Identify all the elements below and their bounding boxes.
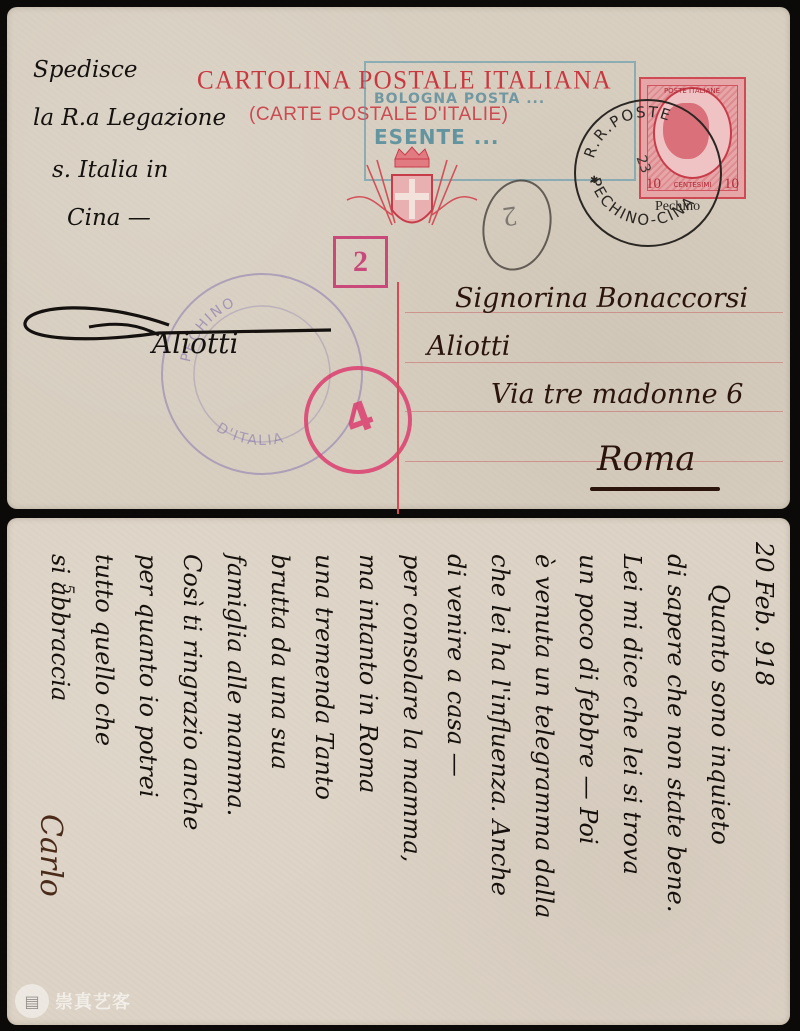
message-line: tutto quello che [90,554,118,746]
sender-line-4: Cina — [67,205,151,231]
postmark-bottom-text: PECHINO-CINA [586,175,699,229]
back-signature: Carlo [33,814,68,897]
sender-line-2: la R.a Legazione [33,105,226,131]
message-line: un poco di febbre — Poi [574,554,602,845]
svg-text:R.R.POSTE: R.R.POSTE [580,103,674,161]
address-line-3: Via tre madonne 6 [491,379,743,410]
postmark-date: 23 [633,153,654,175]
city-underline [590,487,720,491]
sender-line-3: s. Italia in [52,157,168,183]
oval-number-mark: 2 [474,173,560,277]
message-line: ma intanto in Roma [354,554,382,793]
message-line: 20 Feb. 918 [750,541,778,686]
message-line: Così ti ringrazio anche [178,554,206,830]
message-line: di sapere che non state bene. [662,554,690,913]
address-divider [397,282,399,514]
postcard-front: CARTOLINA POSTALE ITALIANA (CARTE POSTAL… [7,7,790,509]
svg-text:✱: ✱ [590,175,598,186]
watermark-text: 崇真艺客 [55,988,131,1014]
address-line-4: Roma [597,439,696,479]
sender-line-1: Spedisce [33,57,137,83]
message-handwriting: 20 Feb. 918Quanto sono inquietodi sapere… [21,524,781,1019]
doc-icon: ▤ [15,984,49,1018]
message-line: per quanto io potrei [134,554,162,798]
message-line: Lei mi dice che lei si trova [618,553,646,875]
postmark-icon: R.R.POSTE PECHINO-CINA 23 ✱ [570,95,725,250]
sender-signature: Aliotti [152,327,238,360]
message-line: famiglia alle mamma. [222,552,250,816]
message-line: Quanto sono inquieto [706,584,734,845]
svg-text:D'ITALIA: D'ITALIA [213,420,286,449]
svg-text:4: 4 [339,392,381,445]
message-line: per consolare la mamma, [398,554,426,862]
watermark: ▤ 崇真艺客 [15,984,131,1018]
red-circle-mark: 4 [304,366,412,474]
address-line-1: Signorina Bonaccorsi [455,283,748,314]
margin-note: 5 [59,584,78,594]
message-line: una tremenda Tanto [310,554,338,800]
blue-box-line1: BOLOGNA POSTA ... [374,91,545,107]
svg-text:PECHINO-CINA: PECHINO-CINA [586,175,699,229]
message-line: di venire a casa — [442,554,470,777]
stamp-top-text: POSTE ITALIANE [649,87,735,95]
message-line: si abbraccia [46,554,74,701]
message-line: che lei ha l'influenza. Anche [486,554,514,896]
message-line: è venuta un telegramma dalla [530,554,558,918]
stamp-value-right: 10 [724,176,739,193]
message-line: brutta da una sua [266,554,294,770]
address-line-2: Aliotti [427,331,510,362]
postmark-top-text: R.R.POSTE [580,103,674,161]
postcard-back: 20 Feb. 918Quanto sono inquietodi sapere… [7,518,790,1025]
